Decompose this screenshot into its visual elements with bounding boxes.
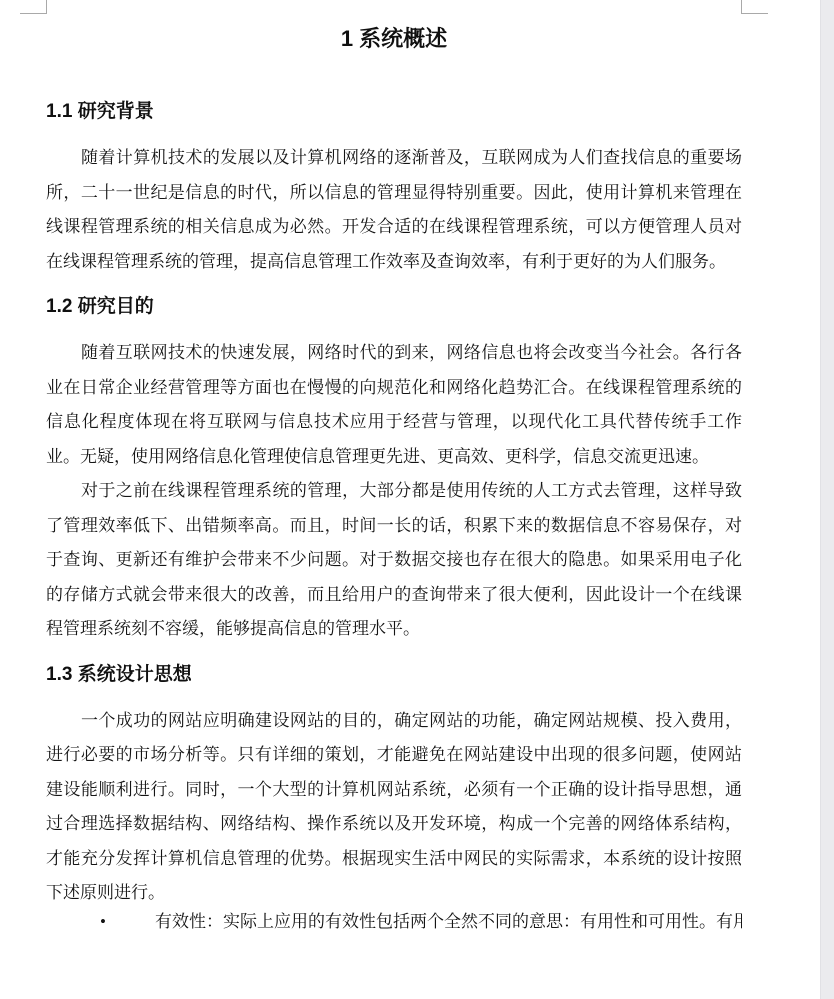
document-page: 1 系统概述 1.1 研究背景 随着计算机技术的发展以及计算机网络的逐渐普及，互… <box>0 0 834 999</box>
section-heading-1-2: 1.2 研究目的 <box>46 293 742 321</box>
body-paragraph: 一个成功的网站应明确建设网站的目的，确定网站的功能，确定网站规模、投入费用，进行… <box>46 704 742 911</box>
bullet-icon: • <box>100 905 106 940</box>
section-heading-1-3: 1.3 系统设计思想 <box>46 661 742 689</box>
list-item-text: 有效性：实际上应用的有效性包括两个全然不同的意思：有用性和可用性。有用性 <box>155 905 742 940</box>
list-item: • 有效性：实际上应用的有效性包括两个全然不同的意思：有用性和可用性。有用性 <box>46 905 742 940</box>
page-edge-strip <box>820 0 834 999</box>
document-content: 1 系统概述 1.1 研究背景 随着计算机技术的发展以及计算机网络的逐渐普及，互… <box>46 0 742 939</box>
text-boundary-mark-top-left <box>20 0 47 14</box>
text-boundary-mark-top-right <box>741 0 768 14</box>
section-heading-1-1: 1.1 研究背景 <box>46 98 742 126</box>
body-paragraph: 对于之前在线课程管理系统的管理，大部分都是使用传统的人工方式去管理，这样导致了管… <box>46 474 742 647</box>
body-paragraph: 随着互联网技术的快速发展，网络时代的到来，网络信息也将会改变当今社会。各行各业在… <box>46 336 742 474</box>
document-title: 1 系统概述 <box>46 24 742 54</box>
body-paragraph: 随着计算机技术的发展以及计算机网络的逐渐普及，互联网成为人们查找信息的重要场所，… <box>46 141 742 279</box>
